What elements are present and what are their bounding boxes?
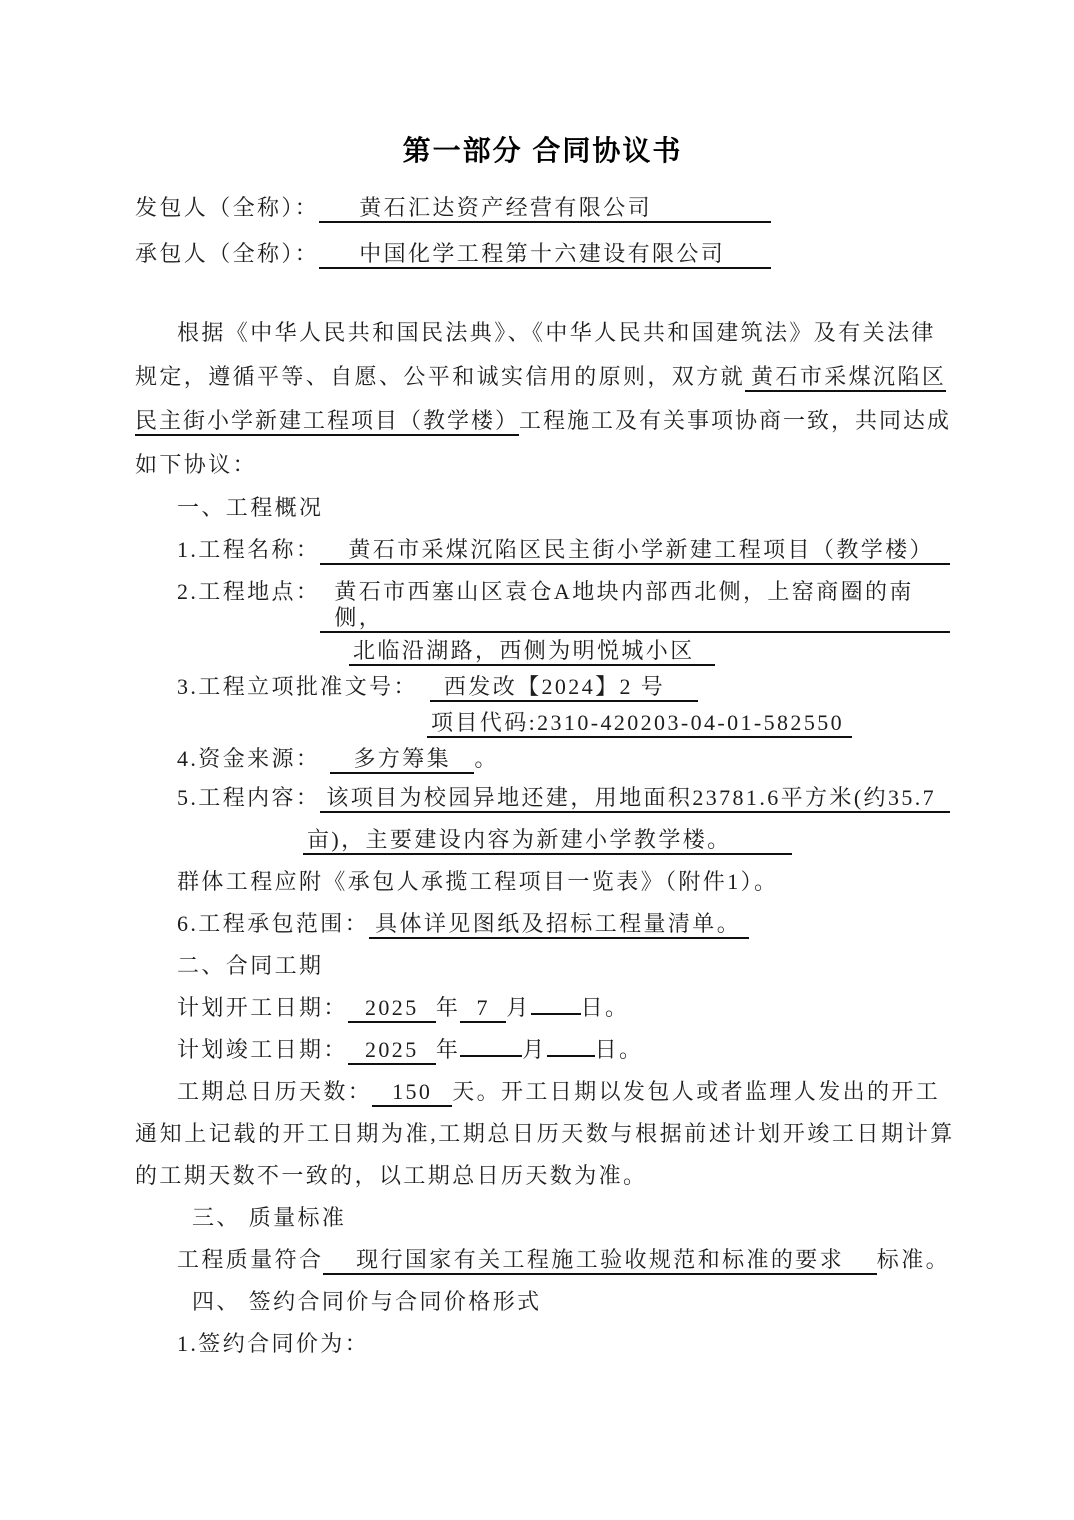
preamble-line4: 如下协议： <box>135 443 950 487</box>
planned-start-month: 7 <box>460 995 506 1023</box>
contract-page: 第一部分 合同协议书 发包人（全称）： 黄石汇达资产经营有限公司 承包人（全称）… <box>0 0 1074 1520</box>
spacer <box>135 277 950 311</box>
funding-source-suffix: 。 <box>474 741 498 777</box>
employer-value: 黄石汇达资产经营有限公司 <box>319 195 771 223</box>
planned-start-year: 2025 <box>348 995 436 1023</box>
planned-start-date-row: 计划开工日期： 2025 年 7 月 日。 <box>135 987 950 1029</box>
contract-content: 第一部分 合同协议书 发包人（全称）： 黄石汇达资产经营有限公司 承包人（全称）… <box>0 0 1074 1365</box>
project-content-row: 5.工程内容： 该项目为校园异地还建，用地面积23781.6平方米(约35.7 <box>135 777 950 819</box>
location-value-line2: 北临沿湖路，西侧为明悦城小区 <box>349 638 715 666</box>
total-days-row: 工期总日历天数： 150 天。开工日期以发包人或者监理人发出的开工 <box>135 1071 950 1113</box>
approval-number-label: 3.工程立项批准文号： <box>177 669 418 705</box>
employer-label: 发包人（全称）： <box>135 185 319 231</box>
preamble-line3: 民主街小学新建工程项目（教学楼）工程施工及有关事项协商一致，共同达成 <box>135 399 950 443</box>
quality-statement-before: 工程质量符合 <box>177 1239 323 1281</box>
preamble-line2: 规定，遵循平等、自愿、公平和诚实信用的原则，双方就黄石市采煤沉陷区 <box>135 355 950 399</box>
year-unit: 年 <box>436 1029 460 1071</box>
project-code-value: 项目代码:2310-420203-04-01-582550 <box>427 710 852 738</box>
project-name-label: 1.工程名称： <box>177 529 320 571</box>
section-heading-duration: 二、合同工期 <box>135 945 950 987</box>
location-row-continued: 北临沿湖路，西侧为明悦城小区 <box>135 633 950 669</box>
quality-statement-after: 标准。 <box>877 1239 950 1281</box>
project-content-row-continued: 亩)，主要建设内容为新建小学教学楼。 <box>135 819 950 861</box>
funding-source-row: 4.资金来源： 多方筹集 。 <box>135 741 950 777</box>
contract-scope-row: 6.工程承包范围： 具体详见图纸及招标工程量清单。 <box>135 903 950 945</box>
day-unit: 日。 <box>595 1029 644 1071</box>
location-value-line1: 黄石市西塞山区袁仓A地块内部西北侧，上窑商圈的南侧， <box>320 579 950 633</box>
approval-number-row: 3.工程立项批准文号： 西发改【2024】2 号 <box>135 669 950 705</box>
total-days-text-line3: 的工期天数不一致的，以工期总日历天数为准。 <box>135 1155 950 1197</box>
contract-scope-value: 具体详见图纸及招标工程量清单。 <box>369 911 749 939</box>
year-unit: 年 <box>436 987 460 1029</box>
project-content-value-line2: 亩)，主要建设内容为新建小学教学楼。 <box>303 827 792 855</box>
planned-start-day <box>531 1013 581 1015</box>
project-name-value: 黄石市采煤沉陷区民主街小学新建工程项目（教学楼） <box>320 537 950 565</box>
contract-scope-label: 6.工程承包范围： <box>177 903 369 945</box>
project-content-value-line1: 该项目为校园异地还建，用地面积23781.6平方米(约35.7 <box>320 785 950 813</box>
planned-finish-label: 计划竣工日期： <box>177 1029 348 1071</box>
project-content-label: 5.工程内容： <box>177 777 320 819</box>
section-heading-overview: 一、工程概况 <box>135 487 950 529</box>
total-days-text-line1: 天。开工日期以发包人或者监理人发出的开工 <box>452 1071 940 1113</box>
quality-standard-row: 工程质量符合 现行国家有关工程施工验收规范和标准的要求 标准。 <box>135 1239 950 1281</box>
project-code-row: 项目代码:2310-420203-04-01-582550 <box>135 705 950 741</box>
planned-finish-day <box>547 1055 595 1057</box>
location-row: 2.工程地点： 黄石市西塞山区袁仓A地块内部西北侧，上窑商圈的南侧， <box>135 571 950 633</box>
contract-price-item: 1.签约合同价为： <box>135 1323 950 1365</box>
planned-finish-year: 2025 <box>348 1037 436 1065</box>
day-unit: 日。 <box>581 987 630 1029</box>
preamble-project-name-part1: 黄石市采煤沉陷区 <box>745 364 946 392</box>
approval-number-value: 西发改【2024】2 号 <box>430 674 698 702</box>
month-unit: 月 <box>506 987 530 1029</box>
preamble-project-name-part2: 民主街小学新建工程项目（教学楼） <box>135 408 519 436</box>
section-heading-quality: 三、 质量标准 <box>135 1197 950 1239</box>
preamble-line1: 根据《中华人民共和国民法典》、《中华人民共和国建筑法》及有关法律 <box>135 311 950 355</box>
quality-standard-value: 现行国家有关工程施工验收规范和标准的要求 <box>323 1247 876 1275</box>
total-days-text-line2: 通知上记载的开工日期为准,工期总日历天数与根据前述计划开竣工日期计算 <box>135 1113 950 1155</box>
preamble-line2-text: 规定，遵循平等、自愿、公平和诚实信用的原则，双方就 <box>135 364 745 389</box>
employer-row: 发包人（全称）： 黄石汇达资产经营有限公司 <box>135 185 950 231</box>
month-unit: 月 <box>522 1029 546 1071</box>
contractor-label: 承包人（全称）： <box>135 231 319 277</box>
project-name-row: 1.工程名称： 黄石市采煤沉陷区民主街小学新建工程项目（教学楼） <box>135 529 950 571</box>
contractor-row: 承包人（全称）： 中国化学工程第十六建设有限公司 <box>135 231 950 277</box>
funding-source-label: 4.资金来源： <box>177 741 320 777</box>
section-heading-price: 四、 签约合同价与合同价格形式 <box>135 1281 950 1323</box>
funding-source-value: 多方筹集 <box>330 746 474 774</box>
planned-finish-month <box>460 1055 522 1057</box>
total-days-label: 工期总日历天数： <box>177 1071 372 1113</box>
planned-start-label: 计划开工日期： <box>177 987 348 1029</box>
document-title: 第一部分 合同协议书 <box>135 131 950 171</box>
preamble-line3-text: 工程施工及有关事项协商一致，共同达成 <box>519 408 951 433</box>
group-project-note: 群体工程应附《承包人承揽工程项目一览表》（附件1）。 <box>135 861 950 903</box>
planned-finish-date-row: 计划竣工日期： 2025 年 月 日。 <box>135 1029 950 1071</box>
location-label: 2.工程地点： <box>177 571 320 613</box>
contractor-value: 中国化学工程第十六建设有限公司 <box>319 241 771 269</box>
total-days-value: 150 <box>372 1079 452 1107</box>
